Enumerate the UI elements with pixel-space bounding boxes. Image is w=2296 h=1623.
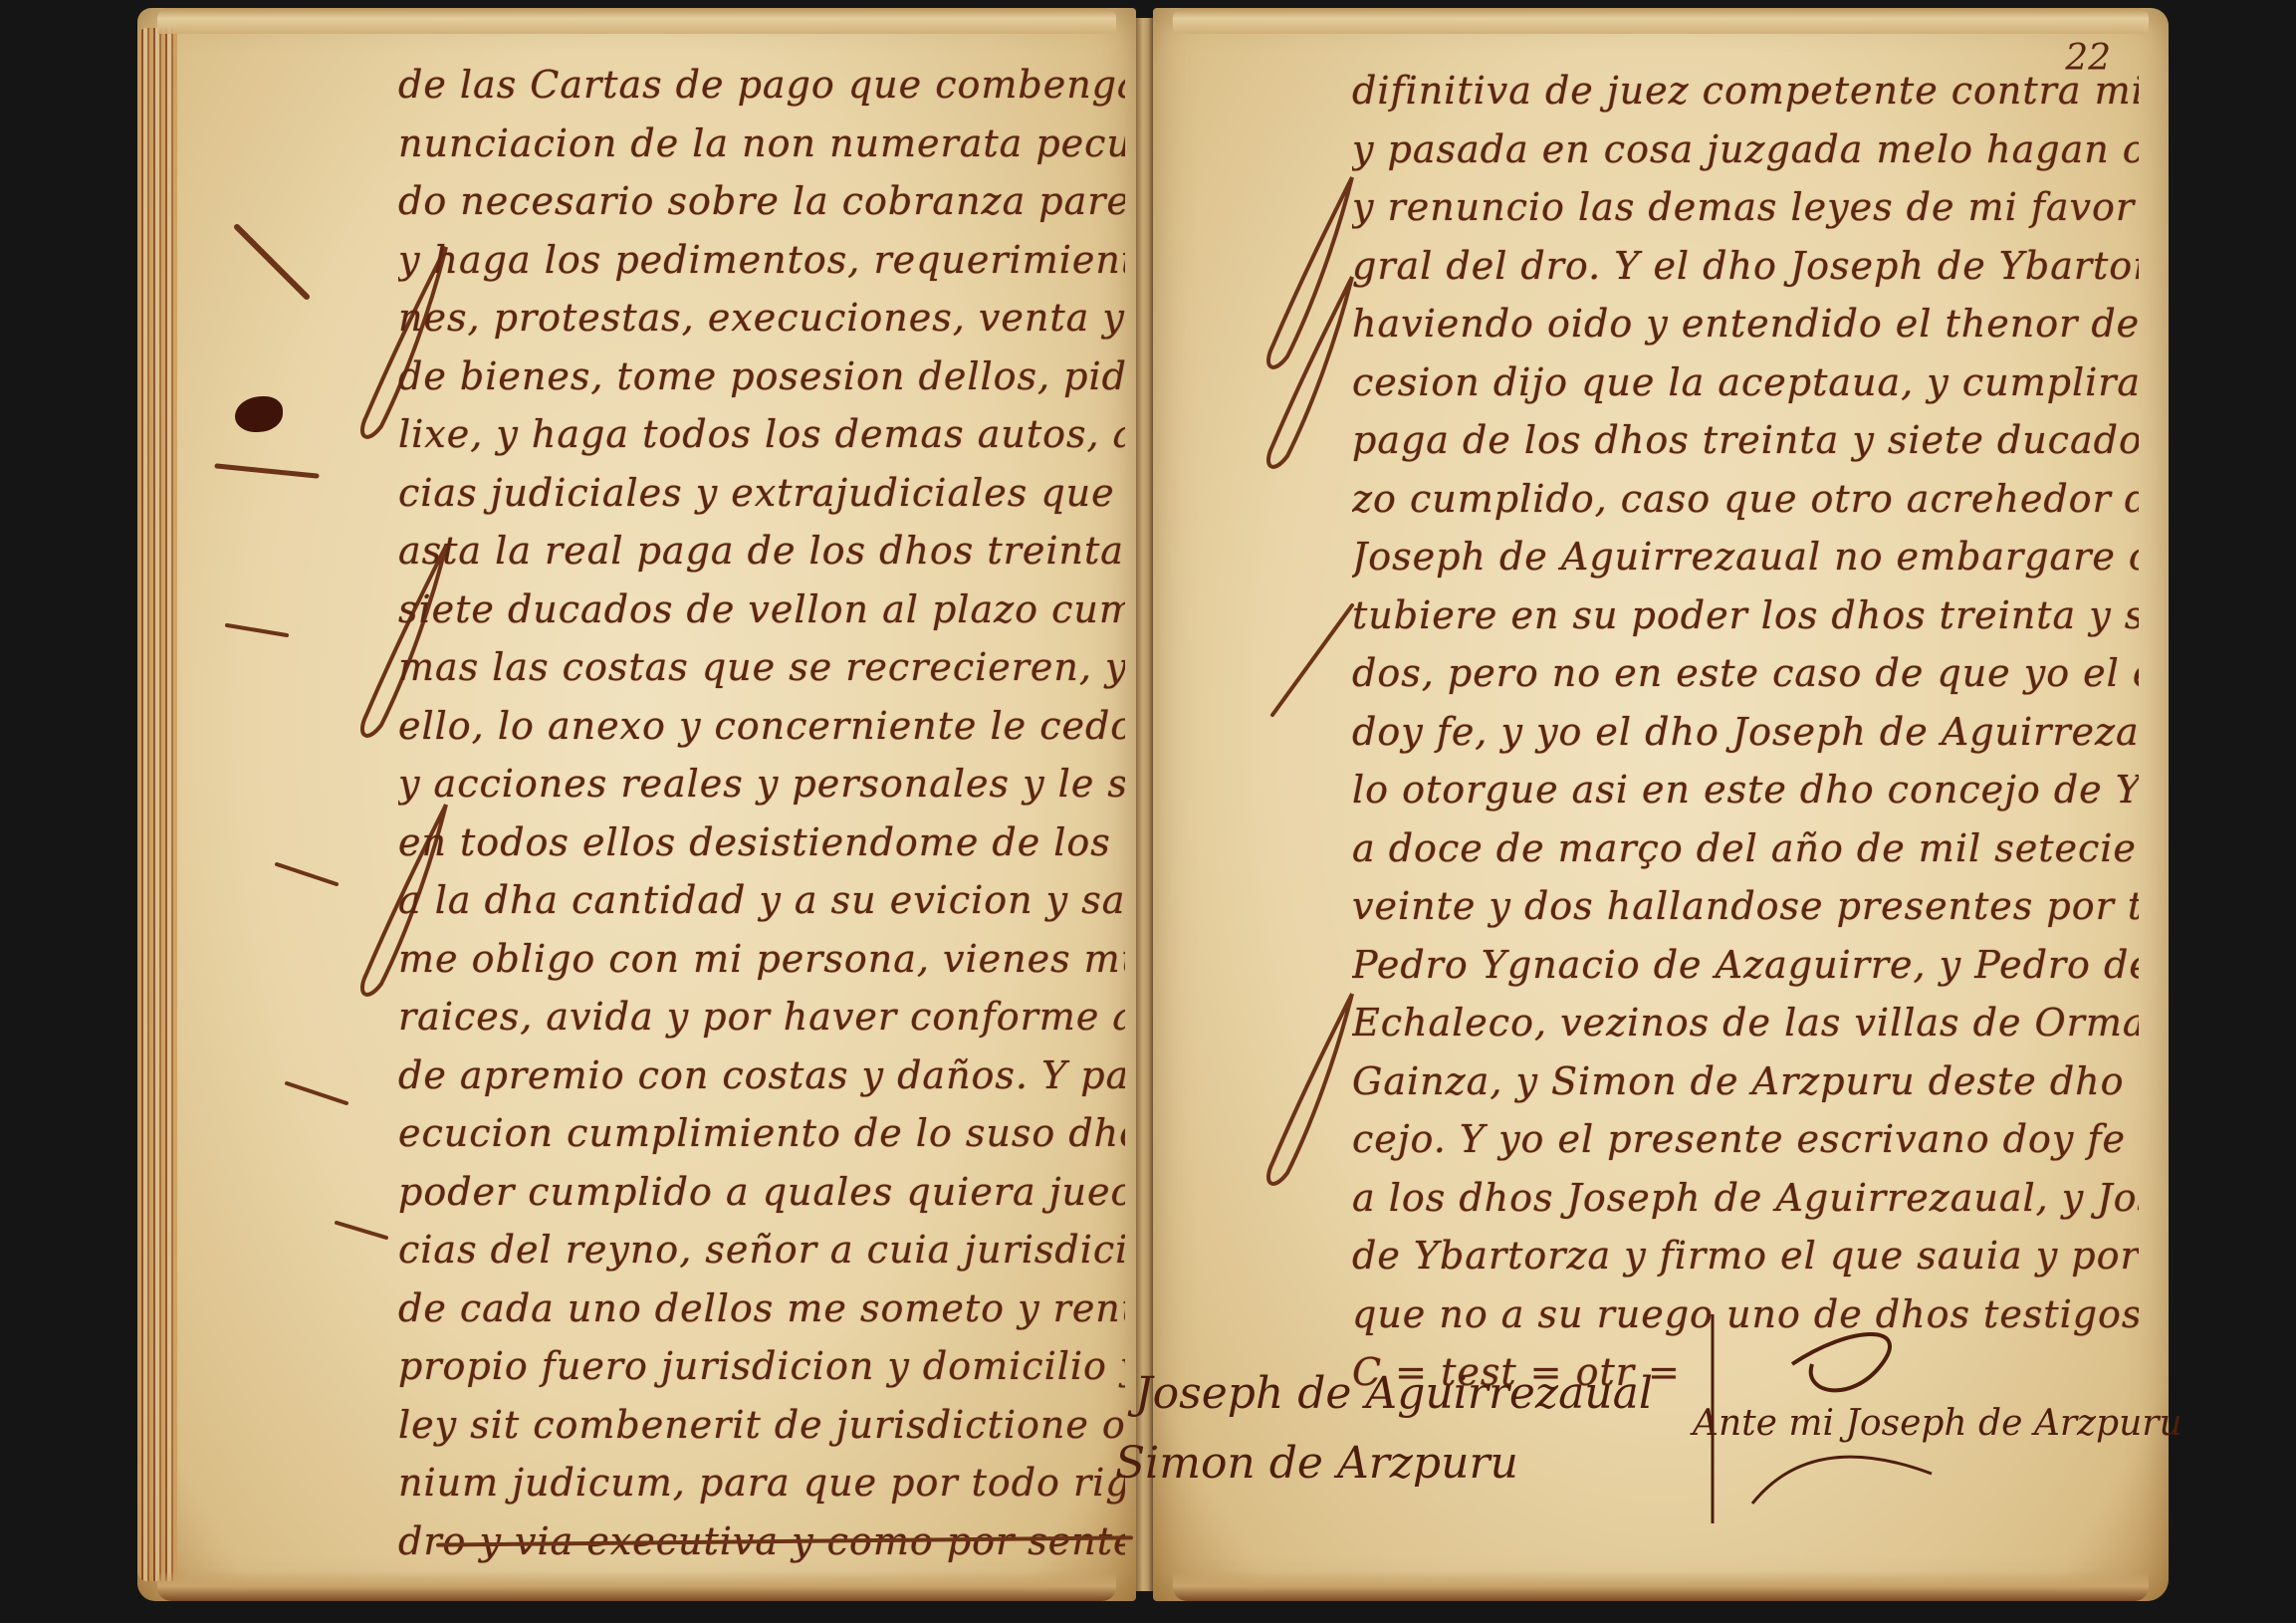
text-line: Gainza, y Simon de Arzpuru deste dho Con… <box>1352 1052 2139 1111</box>
text-line: lixe, y haga todos los demas autos, acto… <box>398 405 1125 464</box>
text-line: propio fuero jurisdicion y domicilio y l… <box>398 1337 1125 1396</box>
text-line: de Ybartorza y firmo el que sauia y por … <box>1352 1227 2139 1285</box>
notary-rubric-flourish <box>1653 1304 1952 1543</box>
text-line: y pasada en cosa juzgada melo hagan cump… <box>1352 120 2139 179</box>
text-line: nium judicum, para que por todo rigor de <box>398 1454 1125 1512</box>
text-line: a los dhos Joseph de Aguirrezaual, y Jos… <box>1352 1169 2139 1228</box>
text-line: veinte y dos hallandose presentes por te… <box>1352 877 2139 936</box>
text-line: mas las costas que se recrecieren, y par… <box>398 638 1125 697</box>
text-line: y haga los pedimentos, requerimientos, c… <box>398 231 1125 290</box>
text-line: doy fe, y yo el dho Joseph de Aguirrezau… <box>1352 703 2139 762</box>
text-line: poder cumplido a quales quiera jueces y … <box>398 1163 1125 1222</box>
text-line: gral del dro. Y el dho Joseph de Ybartor… <box>1352 237 2139 296</box>
text-line: Echaleco, vezinos de las villas de Ormai… <box>1352 994 2139 1052</box>
left-page-text: de las Cartas de pago que combengan con … <box>398 56 1125 1570</box>
text-line: nes, protestas, execuciones, venta y rem… <box>398 289 1125 348</box>
text-line: do necesario sobre la cobranza parezca e… <box>398 172 1125 231</box>
left-page: de las Cartas de pago que combengan con … <box>137 8 1136 1601</box>
text-line: ecucion cumplimiento de lo suso dho doy … <box>398 1104 1125 1163</box>
left-page-edge <box>137 28 177 1581</box>
right-page-top-edge <box>1173 8 2149 34</box>
text-line: y acciones reales y personales y le subr… <box>398 755 1125 813</box>
left-page-bottom-edge <box>157 1571 1116 1601</box>
text-line: y renuncio las demas leyes de mi favor c… <box>1352 178 2139 237</box>
right-page-bottom-edge <box>1173 1571 2149 1601</box>
text-line: de cada uno dellos me someto y renuncio … <box>398 1279 1125 1338</box>
text-line: ley sit combenerit de jurisdictione om <box>398 1396 1125 1455</box>
text-line: cejo. Y yo el presente escrivano doy fe … <box>1352 1110 2139 1169</box>
text-line: Pedro Ygnacio de Azaguirre, y Pedro de <box>1352 936 2139 995</box>
text-line: asta la real paga de los dhos treinta y <box>398 522 1125 580</box>
text-line: dos, pero no en este caso de que yo el e… <box>1352 644 2139 703</box>
text-line: paga de los dhos treinta y siete ducados… <box>1352 411 2139 470</box>
right-page-flourishes <box>1243 157 1362 1253</box>
text-line: nunciacion de la non numerata pecunia. Y… <box>398 115 1125 173</box>
text-line: ello, lo anexo y concerniente le cedo mi… <box>398 697 1125 756</box>
text-line: de bienes, tome posesion dellos, pida co… <box>398 348 1125 406</box>
left-page-top-edge <box>157 8 1116 34</box>
text-line: a la dha cantidad y a su evicion y sanea… <box>398 871 1125 930</box>
text-line: tubiere en su poder los dhos treinta y s… <box>1352 586 2139 645</box>
book-gutter <box>1136 18 1153 1591</box>
text-line: de las Cartas de pago que combengan con … <box>398 56 1125 115</box>
text-line: Joseph de Aguirrezaual no embargare o re… <box>1352 528 2139 586</box>
text-line: cias del reyno, señor a cuia jurisdicion… <box>398 1221 1125 1279</box>
text-line: cias judiciales y extrajudiciales que co… <box>398 464 1125 523</box>
text-line: zo cumplido, caso que otro acrehedor del… <box>1352 470 2139 529</box>
text-line: lo otorgue asi en este dho concejo de Yc… <box>1352 761 2139 819</box>
text-line: difinitiva de juez competente contra mi … <box>1352 62 2139 120</box>
right-page-text: difinitiva de juez competente contra mi … <box>1352 62 2139 1402</box>
text-line: me obligo con mi persona, vienes muebles… <box>398 930 1125 989</box>
text-line: raices, avida y por haver conforme a dro… <box>398 988 1125 1046</box>
text-line: cesion dijo que la aceptaua, y cumplira … <box>1352 353 2139 412</box>
text-line: de apremio con costas y daños. Y para la… <box>398 1046 1125 1105</box>
text-line: haviendo oido y entendido el thenor dest… <box>1352 295 2139 353</box>
text-line: siete ducados de vellon al plazo cumplid… <box>398 580 1125 639</box>
text-line: en todos ellos desistiendome de los que … <box>398 813 1125 872</box>
text-line: a doce de março del año de mil setecient… <box>1352 819 2139 878</box>
